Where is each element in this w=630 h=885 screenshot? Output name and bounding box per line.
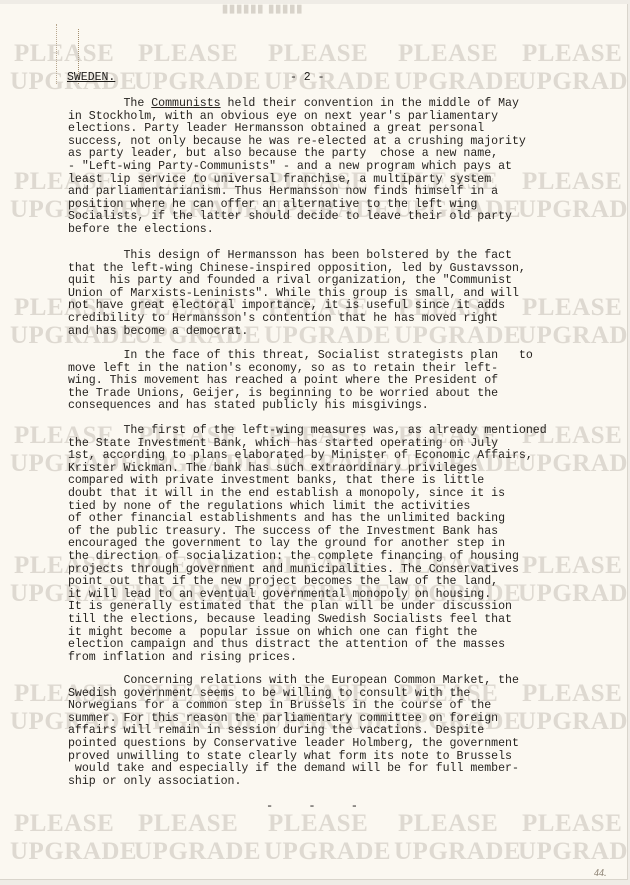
paragraph-text: in Stockholm, with an obvious eye on nex…	[68, 110, 526, 236]
paragraph-socialist-strategists: In the face of this threat, Socialist st…	[68, 350, 608, 413]
paragraph-communists-convention: The Communists held their convention in …	[68, 98, 608, 237]
paragraph-text: The	[68, 97, 151, 110]
paragraph-hermansson-design: This design of Hermansson has been bolst…	[68, 250, 608, 338]
end-of-section-mark: - - -	[266, 799, 372, 813]
document-page: ▮▮▮▮▮▮ ▮▮▮▮▮ PLEASEUPGRADEPLEASEUPGRADEP…	[0, 4, 628, 880]
document-content: SWEDEN. - 2 - The Communists held their …	[0, 4, 627, 879]
paragraph-text: held their convention in the middle of M…	[221, 97, 519, 110]
paragraph-investment-bank: The first of the left-wing measures was,…	[68, 425, 608, 664]
underlined-word-communists: Communists	[151, 97, 220, 110]
country-heading: SWEDEN.	[67, 71, 115, 84]
handwritten-folio-number: 44.	[594, 868, 607, 879]
paragraph-common-market: Concerning relations with the European C…	[68, 675, 608, 788]
page-number: - 2 -	[290, 71, 325, 84]
